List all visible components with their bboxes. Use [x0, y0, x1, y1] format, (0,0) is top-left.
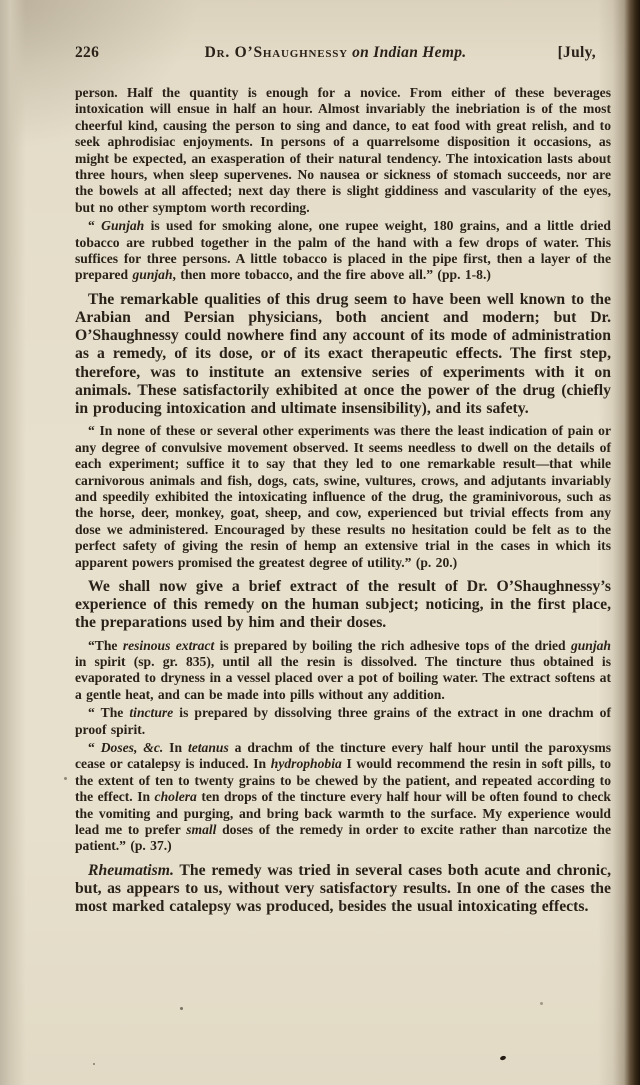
body-paragraph: Rheumatism. The remedy was tried in seve… [75, 862, 611, 917]
running-title: Dr. O’Shaughnessy on Indian Hemp. [165, 44, 506, 62]
page-left-edge [0, 0, 26, 1085]
extract-paragraph: “ Gunjah is used for smoking alone, one … [75, 218, 611, 284]
ink-speck [180, 1007, 183, 1010]
body-paragraph: The remarkable qualities of this drug se… [75, 291, 611, 418]
issue-label: [July, [506, 44, 596, 62]
extract-paragraph: “ Doses, &c. In tetanus a drachm of the … [75, 740, 611, 855]
ink-speck [540, 1002, 543, 1005]
page-number: 226 [75, 44, 165, 62]
extract-paragraph: “ In none of these or several other expe… [75, 423, 611, 571]
ink-speck [64, 777, 67, 780]
extract-paragraph: “ The tincture is prepared by dissolving… [75, 705, 611, 738]
book-gutter-shadow [598, 0, 640, 1085]
running-title-author: Dr. O’Shaughnessy [205, 44, 348, 61]
page-header: 226 Dr. O’Shaughnessy on Indian Hemp. [J… [75, 44, 596, 62]
ink-speck [93, 1063, 95, 1065]
scanned-book-page: 226 Dr. O’Shaughnessy on Indian Hemp. [J… [0, 0, 640, 1085]
text-column: person. Half the quantity is enough for … [75, 85, 611, 921]
body-paragraph: We shall now give a brief extract of the… [75, 578, 611, 633]
running-title-subject: on Indian Hemp. [348, 44, 467, 61]
extract-paragraph: person. Half the quantity is enough for … [75, 85, 611, 216]
extract-paragraph: “The resinous extract is prepared by boi… [75, 638, 611, 704]
ink-speck [499, 1055, 506, 1061]
